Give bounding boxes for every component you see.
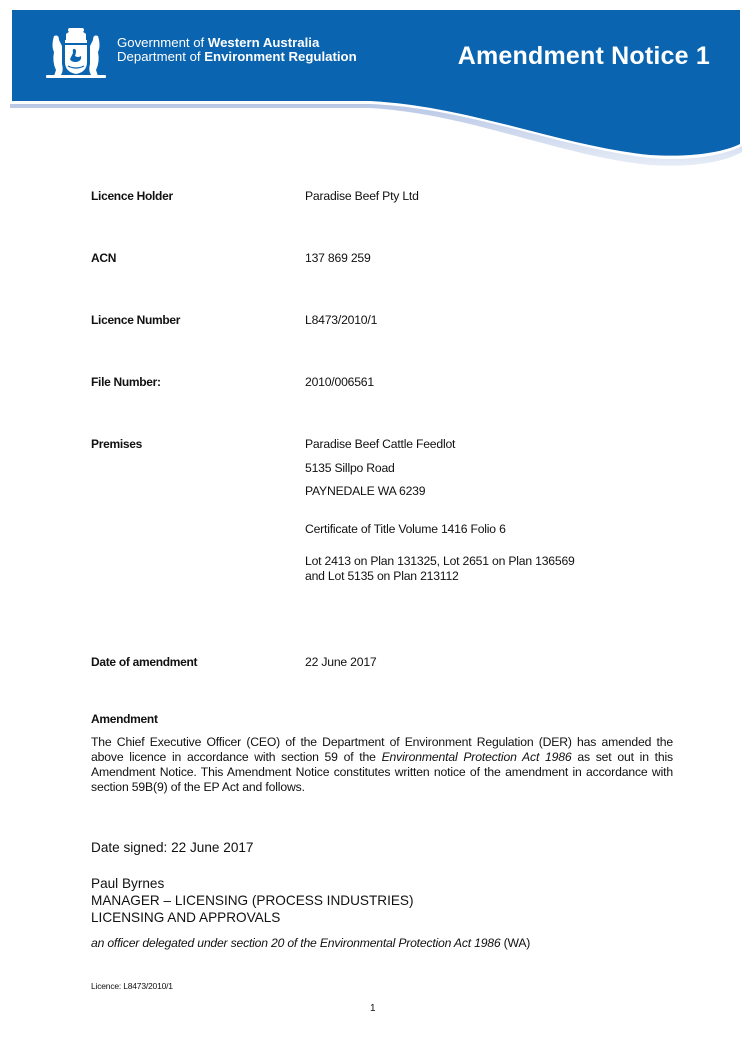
date-signed: Date signed: 22 June 2017 bbox=[91, 840, 254, 855]
acn-label: ACN bbox=[91, 251, 116, 265]
header-banner: Government of Western Australia Departme… bbox=[0, 0, 750, 170]
document-title: Amendment Notice 1 bbox=[458, 42, 710, 71]
licence-number-label: Licence Number bbox=[91, 313, 180, 327]
licence-holder-value: Paradise Beef Pty Ltd bbox=[305, 189, 419, 203]
delegation-statement: an officer delegated under section 20 of… bbox=[91, 936, 530, 950]
page-number: 1 bbox=[370, 1003, 376, 1014]
premises-lots-line-1: Lot 2413 on Plan 131325, Lot 2651 on Pla… bbox=[305, 554, 575, 568]
premises-certificate-of-title: Certificate of Title Volume 1416 Folio 6 bbox=[305, 522, 506, 536]
organisation-name: Government of Western Australia Departme… bbox=[117, 36, 357, 64]
premises-street: 5135 Sillpo Road bbox=[305, 461, 395, 475]
premises-name: Paradise Beef Cattle Feedlot bbox=[305, 437, 455, 451]
org-line-1: Government of Western Australia bbox=[117, 36, 357, 50]
date-of-amendment-label: Date of amendment bbox=[91, 655, 197, 669]
signatory-branch: LICENSING AND APPROVALS bbox=[91, 910, 280, 925]
signatory-position: MANAGER – LICENSING (PROCESS INDUSTRIES) bbox=[91, 893, 414, 908]
footer-licence: Licence: L8473/2010/1 bbox=[91, 981, 173, 991]
amendment-heading: Amendment bbox=[91, 712, 158, 726]
file-number-value: 2010/006561 bbox=[305, 375, 374, 389]
licence-number-value: L8473/2010/1 bbox=[305, 313, 377, 327]
org-line-2: Department of Environment Regulation bbox=[117, 50, 357, 64]
wa-coat-of-arms-icon bbox=[40, 26, 112, 80]
acn-value: 137 869 259 bbox=[305, 251, 371, 265]
banner-wave-shape bbox=[0, 0, 750, 170]
premises-locality: PAYNEDALE WA 6239 bbox=[305, 484, 425, 498]
date-of-amendment-value: 22 June 2017 bbox=[305, 655, 376, 669]
amendment-paragraph: The Chief Executive Officer (CEO) of the… bbox=[91, 735, 673, 795]
licence-holder-label: Licence Holder bbox=[91, 189, 173, 203]
premises-lots-line-2: and Lot 5135 on Plan 213112 bbox=[305, 569, 459, 583]
act-name: Environmental Protection Act 1986 bbox=[382, 750, 572, 764]
signatory-name: Paul Byrnes bbox=[91, 876, 164, 891]
premises-label: Premises bbox=[91, 437, 142, 451]
file-number-label: File Number: bbox=[91, 375, 161, 389]
